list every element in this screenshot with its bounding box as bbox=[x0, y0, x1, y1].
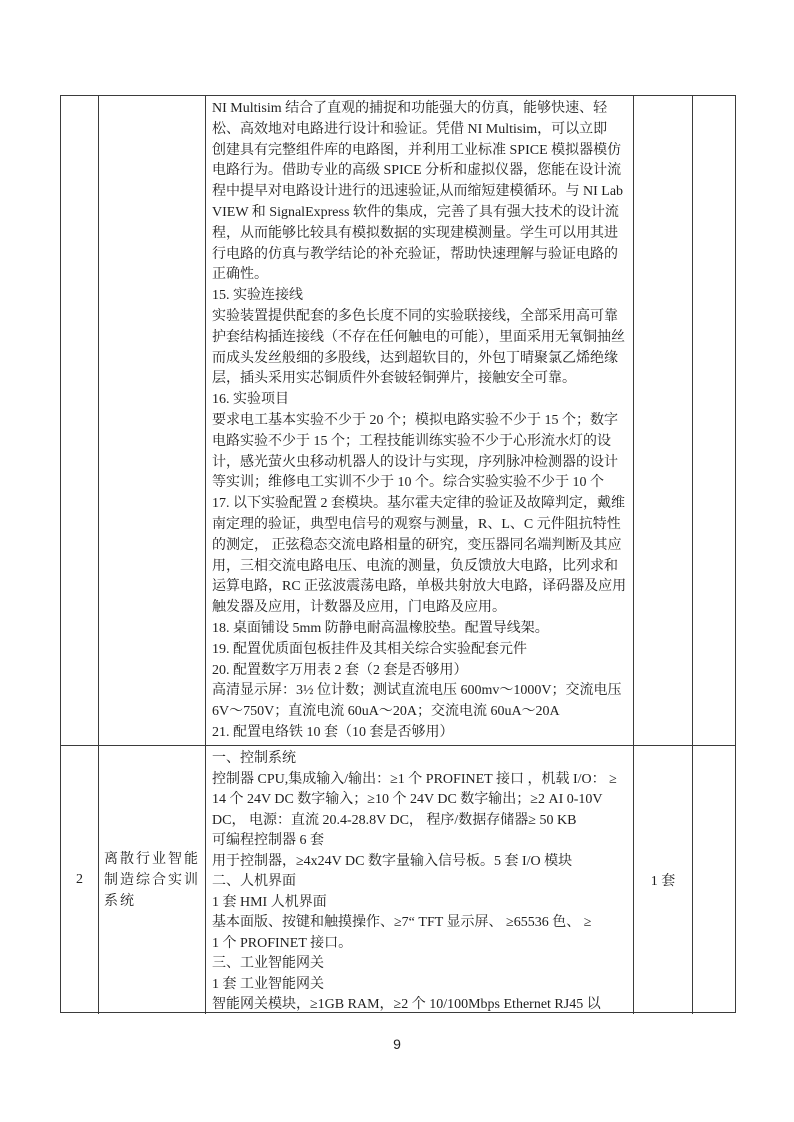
spec-line: 1 套 工业智能网关 bbox=[212, 975, 627, 996]
spec-line: 基本面版、按键和触摸操作、≥7“ TFT 显示屏、 ≥65536 色、 ≥ bbox=[212, 913, 627, 934]
spec-line: 21. 配置电络铁 10 套（10 套是否够用） bbox=[212, 723, 627, 744]
quantity-cell: 1 套 bbox=[634, 746, 693, 1014]
serial-cell bbox=[61, 96, 99, 745]
spec-line: 实验装置提供配套的多色长度不同的实验联接线，全部采用高可靠 bbox=[212, 307, 627, 328]
spec-line: 14 个 24V DC 数字输入；≥10 个 24V DC 数字输出；≥2 AI… bbox=[212, 790, 627, 811]
spec-line: 松、高效地对电路进行设计和验证。凭借 NI Multisim，可以立即 bbox=[212, 120, 627, 141]
spec-line: 20. 配置数字万用表 2 套（2 套是否够用） bbox=[212, 661, 627, 682]
spec-line: 的测定， 正弦稳态交流电路相量的研究，变压器同名端判断及其应 bbox=[212, 536, 627, 557]
spec-line: 层，插头采用实芯铜质件外套铍轻铜弹片，接触安全可靠。 bbox=[212, 369, 627, 390]
spec-line: 19. 配置优质面包板挂件及其相关综合实验配套元件 bbox=[212, 640, 627, 661]
spec-line: 可编程控制器 6 套 bbox=[212, 831, 627, 852]
spec-line: 15. 实验连接线 bbox=[212, 286, 627, 307]
spec-line: 南定理的验证，典型电信号的观察与测量，R、L、C 元件阻抗特性 bbox=[212, 515, 627, 536]
remark-cell bbox=[693, 746, 735, 1014]
spec-line: 18. 桌面铺设 5mm 防静电耐高温橡胶垫。配置导线架。 bbox=[212, 619, 627, 640]
spec-line: 控制器 CPU,集成输入/输出：≥1 个 PROFINET 接口 ，机载 I/O… bbox=[212, 770, 627, 791]
document-page: NI Multisim 结合了直观的捕捉和功能强大的仿真，能够快速、轻松、高效地… bbox=[0, 0, 794, 1122]
spec-line: 17. 以下实验配置 2 套模块。基尔霍夫定律的验证及故障判定，戴维 bbox=[212, 494, 627, 515]
quantity-cell bbox=[634, 96, 693, 745]
spec-line: 正确性。 bbox=[212, 265, 627, 286]
spec-line: NI Multisim 结合了直观的捕捉和功能强大的仿真，能够快速、轻 bbox=[212, 99, 627, 120]
spec-line: 运算电路，RC 正弦波震荡电路，单极共射放大电路，译码器及应用， bbox=[212, 577, 627, 598]
spec-line: 二、人机界面 bbox=[212, 872, 627, 893]
spec-line: 1 套 HMI 人机界面 bbox=[212, 893, 627, 914]
item-name-cell bbox=[99, 96, 206, 745]
table-row-continuation: NI Multisim 结合了直观的捕捉和功能强大的仿真，能够快速、轻松、高效地… bbox=[61, 96, 735, 745]
spec-line: 创建具有完整组件库的电路图，并利用工业标准 SPICE 模拟器模仿 bbox=[212, 141, 627, 162]
spec-line: 要求电工基本实验不少于 20 个；模拟电路实验不少于 15 个；数字 bbox=[212, 411, 627, 432]
spec-line: 16. 实验项目 bbox=[212, 390, 627, 411]
spec-line: 一、控制系统 bbox=[212, 749, 627, 770]
spec-line: 高清显示屏：3½ 位计数；测试直流电压 600mv～1000V；交流电压 bbox=[212, 681, 627, 702]
spec-line: 电路行为。借助专业的高级 SPICE 分析和虚拟仪器，您能在设计流 bbox=[212, 161, 627, 182]
spec-line: 护套结构插连接线（不存在任何触电的可能），里面采用无氧铜抽丝 bbox=[212, 328, 627, 349]
spec-line: 1 个 PROFINET 接口。 bbox=[212, 934, 627, 955]
spec-line: 而成头发丝般细的多股线，达到超软目的，外包丁晴聚氯乙烯绝缘 bbox=[212, 349, 627, 370]
spec-line: VIEW 和 SignalExpress 软件的集成，完善了具有强大技术的设计流 bbox=[212, 203, 627, 224]
page-number: 9 bbox=[0, 1036, 794, 1052]
spec-cell: 一、控制系统控制器 CPU,集成输入/输出：≥1 个 PROFINET 接口 ，… bbox=[206, 746, 634, 1014]
spec-line: 用，三相交流电路电压、电流的测量，负反馈放大电路，比列求和 bbox=[212, 557, 627, 578]
spec-line: 程，从而能够比较具有模拟数据的实现建模测量。学生可以用其进 bbox=[212, 224, 627, 245]
spec-line: 计，感光萤火虫移动机器人的设计与实现，序列脉冲检测器的设计 bbox=[212, 453, 627, 474]
spec-line: 等实训；维修电工实训不少于 10 个。综合实验实验不少于 10 个 bbox=[212, 473, 627, 494]
spec-line: 行电路的仿真与教学结论的补充验证，帮助快速理解与验证电路的 bbox=[212, 245, 627, 266]
serial-cell: 2 bbox=[61, 746, 99, 1014]
spec-line: 6V～750V；直流电流 60uA～20A；交流电流 60uA～20A bbox=[212, 702, 627, 723]
spec-line: 用于控制器，≥4x24V DC 数字量输入信号板。5 套 I/O 模块 bbox=[212, 852, 627, 873]
spec-cell: NI Multisim 结合了直观的捕捉和功能强大的仿真，能够快速、轻松、高效地… bbox=[206, 96, 634, 745]
spec-line: 电路实验不少于 15 个；工程技能训练实验不少于心形流水灯的设 bbox=[212, 432, 627, 453]
spec-line: DC， 电源：直流 20.4-28.8V DC， 程序/数据存储器≥ 50 KB bbox=[212, 811, 627, 832]
item-name-cell: 离散行业智能制造综合实训系统 bbox=[99, 746, 206, 1014]
spec-line: 程中提早对电路设计进行的迅速验证,从而缩短建模循环。与 NI Lab bbox=[212, 182, 627, 203]
spec-table: NI Multisim 结合了直观的捕捉和功能强大的仿真，能够快速、轻松、高效地… bbox=[60, 95, 736, 1013]
spec-line: 智能网关模块，≥1GB RAM，≥2 个 10/100Mbps Ethernet… bbox=[212, 995, 627, 1014]
remark-cell bbox=[693, 96, 735, 745]
spec-line: 触发器及应用，计数器及应用，门电路及应用。 bbox=[212, 598, 627, 619]
spec-line: 三、工业智能网关 bbox=[212, 954, 627, 975]
table-row-item-2: 2 离散行业智能制造综合实训系统 一、控制系统控制器 CPU,集成输入/输出：≥… bbox=[61, 745, 735, 1014]
